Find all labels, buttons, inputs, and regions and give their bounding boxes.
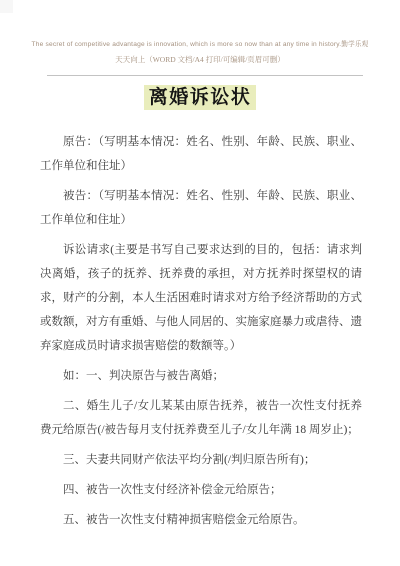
title-row: 离婚诉讼状 (0, 85, 400, 110)
paragraph-defendant: 被告：（写明基本情况：姓名、性别、年龄、民族、职业、工作单位和住址） (40, 184, 362, 232)
header-divider-line (47, 75, 363, 76)
document-body: 原告：（写明基本情况：姓名、性别、年龄、民族、职业、工作单位和住址） 被告：（写… (40, 130, 362, 538)
page-header: The secret of competitive advantage is i… (0, 41, 400, 64)
paragraph-claim-4: 四、被告一次性支付经济补偿金元给原告； (40, 478, 362, 502)
paragraph-claim-3: 三、夫妻共同财产依法平均分割(/判归原告所有)； (40, 448, 362, 472)
paragraph-plaintiff: 原告：（写明基本情况：姓名、性别、年龄、民族、职业、工作单位和住址） (40, 130, 362, 178)
paragraph-claim-2: 二、婚生儿子/女儿某某由原告抚养，被告一次性支付抚养费元给原告(/被告每月支付抚… (40, 394, 362, 442)
paragraph-claim-1: 如：一、判决原告与被告离婚； (40, 364, 362, 388)
header-template-info-line: 天天向上（WORD 文档/A4 打印/可编辑/页眉可删） (0, 55, 400, 64)
paragraph-claim-5: 五、被告一次性支付精神损害赔偿金元给原告。 (40, 508, 362, 532)
header-motto-line: The secret of competitive advantage is i… (0, 41, 400, 49)
paragraph-claims-intro: 诉讼请求(主要是书写自己要求达到的目的，包括：请求判决离婚，孩子的抚养、抚养费的… (40, 238, 362, 358)
document-title: 离婚诉讼状 (144, 85, 257, 110)
page-corner-shade (0, 0, 13, 13)
